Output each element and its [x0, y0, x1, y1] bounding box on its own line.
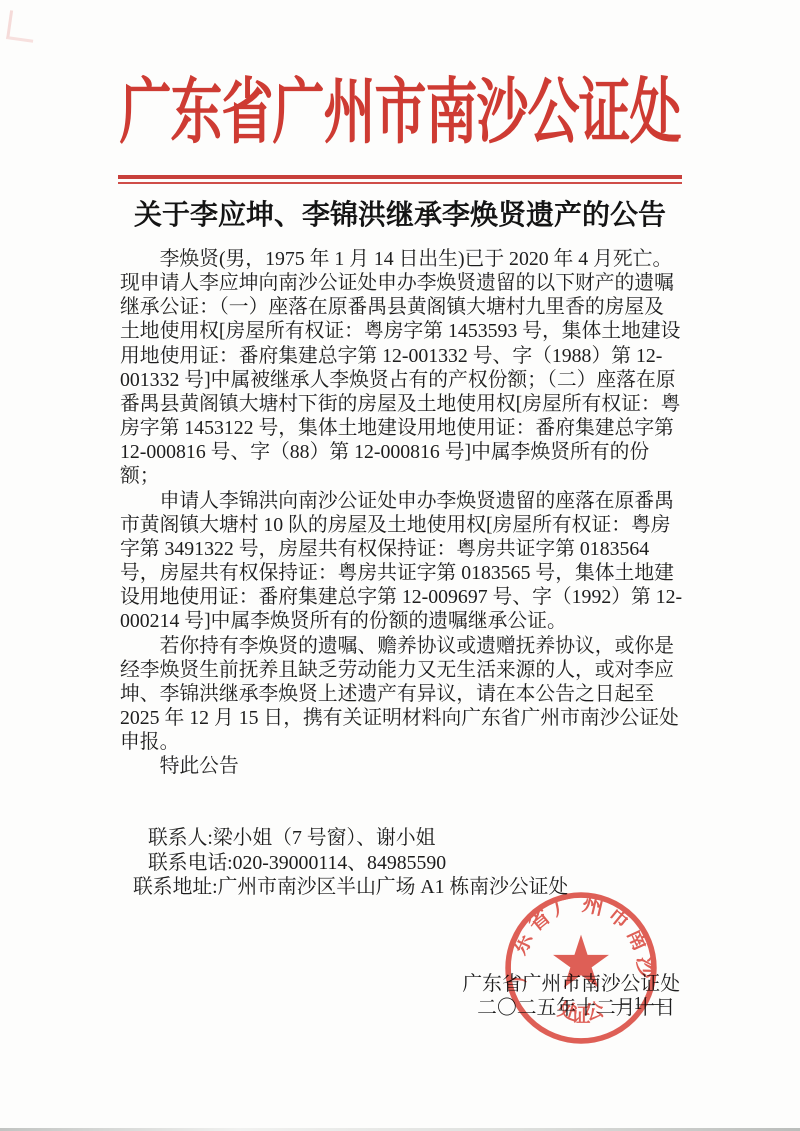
body-line: 号，房屋共有权保持证：粤房共证字第 0183565 号，集体土地建	[120, 561, 680, 585]
body-line: 用地使用证：番府集建总字第 12-001332 号、字（1988）第 12-	[120, 344, 680, 368]
paragraph-3: 若你持有李焕贤的遗嘱、赡养协议或遗赠抚养协议，或你是经李焕贤生前抚养且缺乏劳动能…	[120, 634, 680, 755]
paragraph-1: 李焕贤(男，1975 年 1 月 14 日出生)已于 2020 年 4 月死亡。…	[120, 247, 680, 489]
body-line: 字第 3491322 号，房屋共有权保持证：粤房共证字第 0183564	[120, 537, 680, 561]
body-line: 额；	[120, 464, 680, 488]
scan-artifact-mark	[6, 10, 37, 42]
paragraph-2: 申请人李锦洪向南沙公证处申办李焕贤遗留的座落在原番禺市黄阁镇大塘村 10 队的房…	[120, 489, 680, 634]
body-line: 若你持有李焕贤的遗嘱、赡养协议或遗赠抚养协议，或你是	[120, 634, 680, 658]
body-line: 经李焕贤生前抚养且缺乏劳动能力又无生活来源的人，或对李应	[120, 658, 680, 682]
body-line: 001332 号]中属被继承人李焕贤占有的产权份额；（二）座落在原	[120, 368, 680, 392]
body-line: 2025 年 12 月 15 日，携有关证明材料向广东省广州市南沙公证处	[120, 706, 680, 730]
body-line: 现申请人李应坤向南沙公证处申办李焕贤遗留的以下财产的遗嘱	[120, 271, 680, 295]
body-line: 土地使用权[房屋所有权证：粤房字第 1453593 号，集体土地建设	[120, 319, 680, 343]
body-line: 番禺县黄阁镇大塘村下街的房屋及土地使用权[房屋所有权证：粤	[120, 392, 680, 416]
body-line: 000214 号]中属李焕贤所有的份额的遗嘱继承公证。	[120, 609, 680, 633]
body-line: 申请人李锦洪向南沙公证处申办李焕贤遗留的座落在原番禺	[120, 489, 680, 513]
closing-phrase: 特此公告	[120, 754, 680, 778]
notary-notice-page: 广东省广州市南沙公证处 关于李应坤、李锦洪继承李焕贤遗产的公告 李焕贤(男，19…	[0, 0, 800, 1131]
red-divider-rule	[118, 175, 682, 184]
contact-phone: 联系电话:020-39000114、84985590	[120, 851, 680, 875]
body-line: 申报。	[120, 730, 680, 754]
notice-title: 关于李应坤、李锦洪继承李焕贤遗产的公告	[0, 193, 800, 233]
body-line: 市黄阁镇大塘村 10 队的房屋及土地使用权[房屋所有权证：粤房	[120, 513, 680, 537]
official-seal: 广东省广州市南沙 公 证 处	[502, 889, 660, 1047]
body-line: 12-000816 号、字（88）第 12-000816 号]中属李焕贤所有的份	[120, 440, 680, 464]
seal-star-icon	[553, 935, 609, 988]
body-line: 李焕贤(男，1975 年 1 月 14 日出生)已于 2020 年 4 月死亡。	[120, 247, 680, 271]
body-line: 房字第 1453122 号，集体土地建设用地使用证：番府集建总字第	[120, 416, 680, 440]
body-line: 设用地使用证：番府集建总字第 12-009697 号、字（1992）第 12-	[120, 585, 680, 609]
body-line: 继承公证：（一）座落在原番禺县黄阁镇大塘村九里香的房屋及	[120, 295, 680, 319]
letterhead-title: 广东省广州市南沙公证处	[0, 76, 800, 153]
body-line: 坤、李锦洪继承李焕贤上述遗产有异议，请在本公告之日起至	[120, 682, 680, 706]
contact-person: 联系人:梁小姐（7 号窗）、谢小姐	[120, 826, 680, 850]
